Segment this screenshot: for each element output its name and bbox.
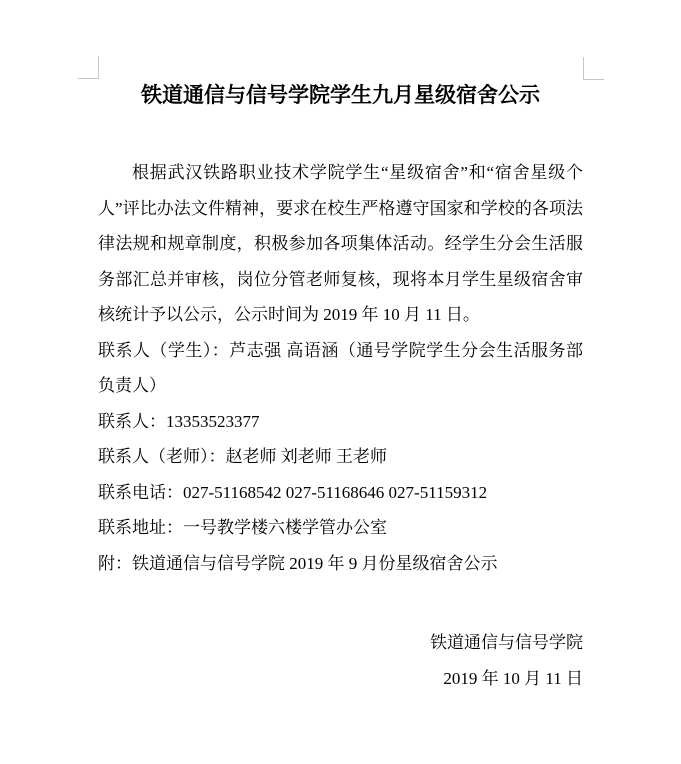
signature-organization: 铁道通信与信号学院 [98,625,583,661]
contact-line-phones-office: 联系电话：027-51168542 027-51168646 027-51159… [98,475,583,511]
document-page: 铁道通信与信号学院学生九月星级宿舍公示 根据武汉铁路职业技术学院学生“星级宿舍”… [0,0,681,764]
body-paragraph: 根据武汉铁路职业技术学院学生“星级宿舍”和“宿舍星级个人”评比办法文件精神，要求… [98,155,583,333]
signature-date: 2019 年 10 月 11 日 [98,661,583,697]
document-content: 铁道通信与信号学院学生九月星级宿舍公示 根据武汉铁路职业技术学院学生“星级宿舍”… [98,78,583,696]
text-boundary-mark-top-left [78,56,99,79]
signature-block: 铁道通信与信号学院 2019 年 10 月 11 日 [98,625,583,696]
contact-line-teachers: 联系人（老师）：赵老师 刘老师 王老师 [98,439,583,475]
contact-line-address: 联系地址：一号教学楼六楼学管办公室 [98,510,583,546]
document-title: 铁道通信与信号学院学生九月星级宿舍公示 [98,78,583,110]
contact-line-students: 联系人（学生）：芦志强 高语涵（通号学院学生分会生活服务部负责人） [98,333,583,404]
contact-line-attachment: 附：铁道通信与信号学院 2019 年 9 月份星级宿舍公示 [98,546,583,582]
text-boundary-mark-top-right [583,57,604,80]
contact-line-phone-personal: 联系人：13353523377 [98,404,583,440]
